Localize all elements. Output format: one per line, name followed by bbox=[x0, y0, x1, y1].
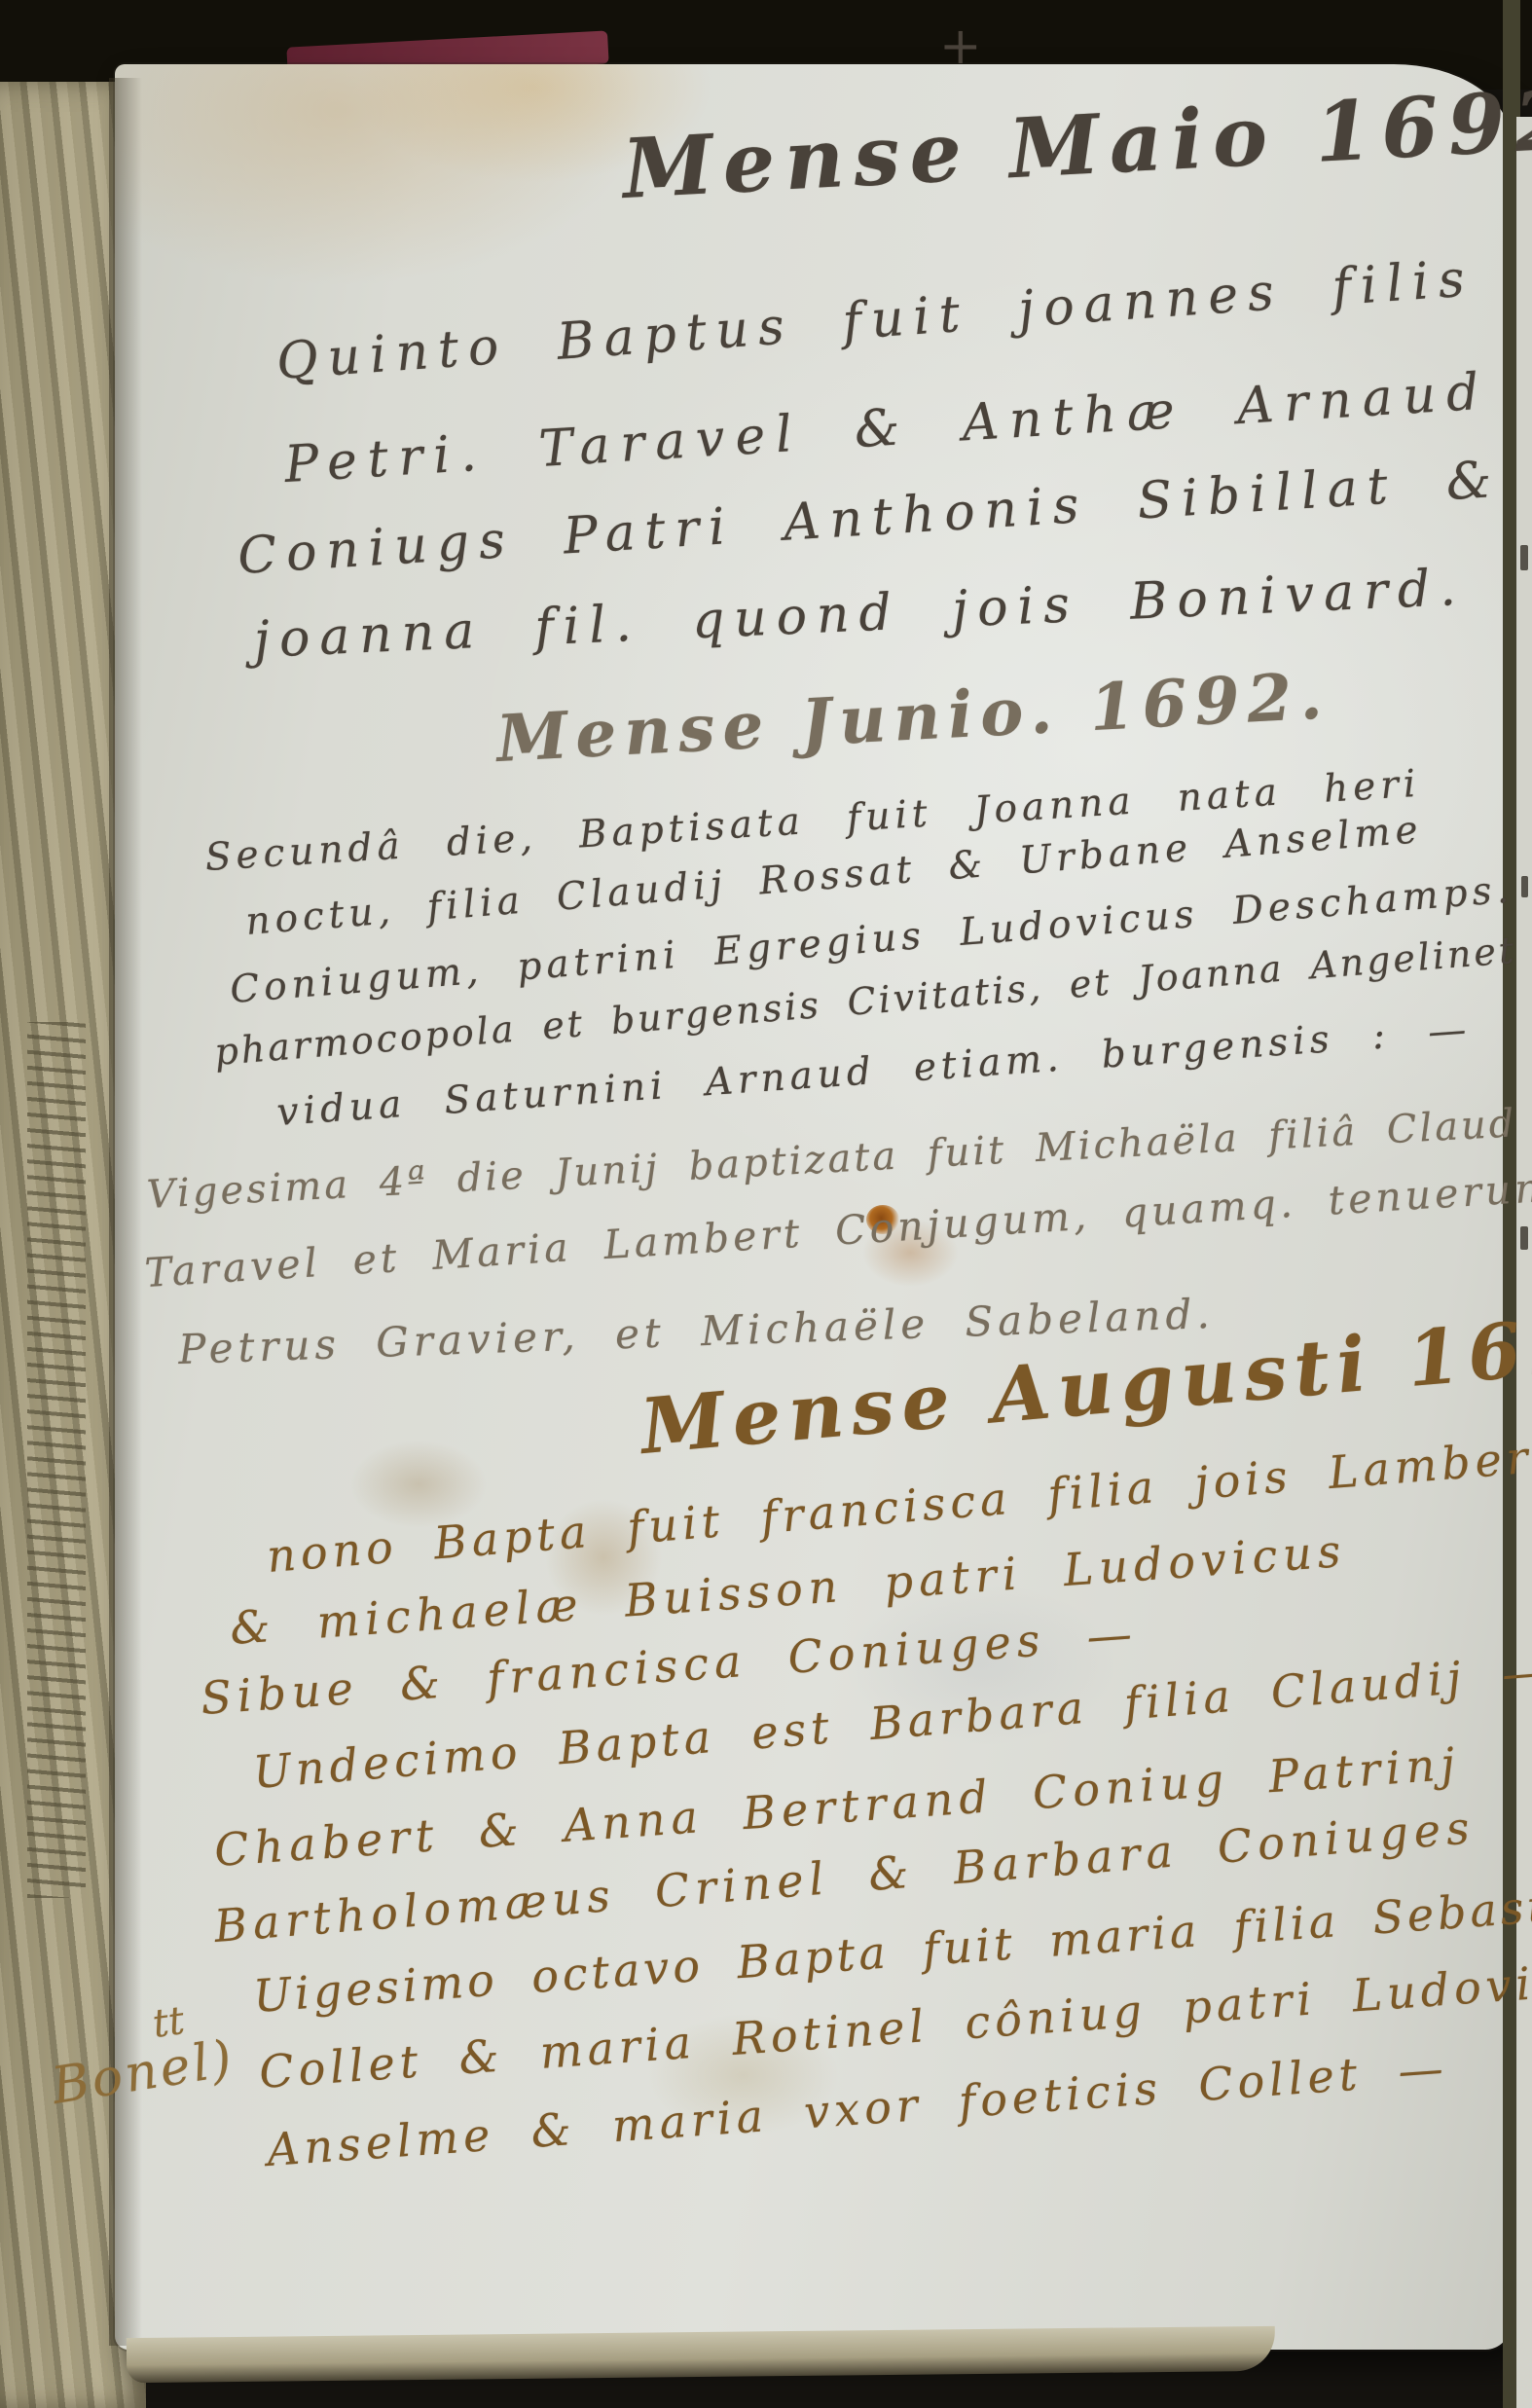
next-page-ink-mark bbox=[1521, 876, 1528, 897]
binding-threads bbox=[27, 1022, 86, 1898]
gutter-shadow bbox=[109, 78, 142, 2346]
next-page-sliver bbox=[1516, 117, 1532, 2408]
cross-mark: + bbox=[939, 21, 982, 72]
next-page-ink-mark bbox=[1520, 1226, 1528, 1250]
manuscript-photo: + Mense Maio 1692 Quinto Baptus fuit joa… bbox=[0, 0, 1532, 2408]
next-page-ink-mark bbox=[1520, 545, 1528, 570]
